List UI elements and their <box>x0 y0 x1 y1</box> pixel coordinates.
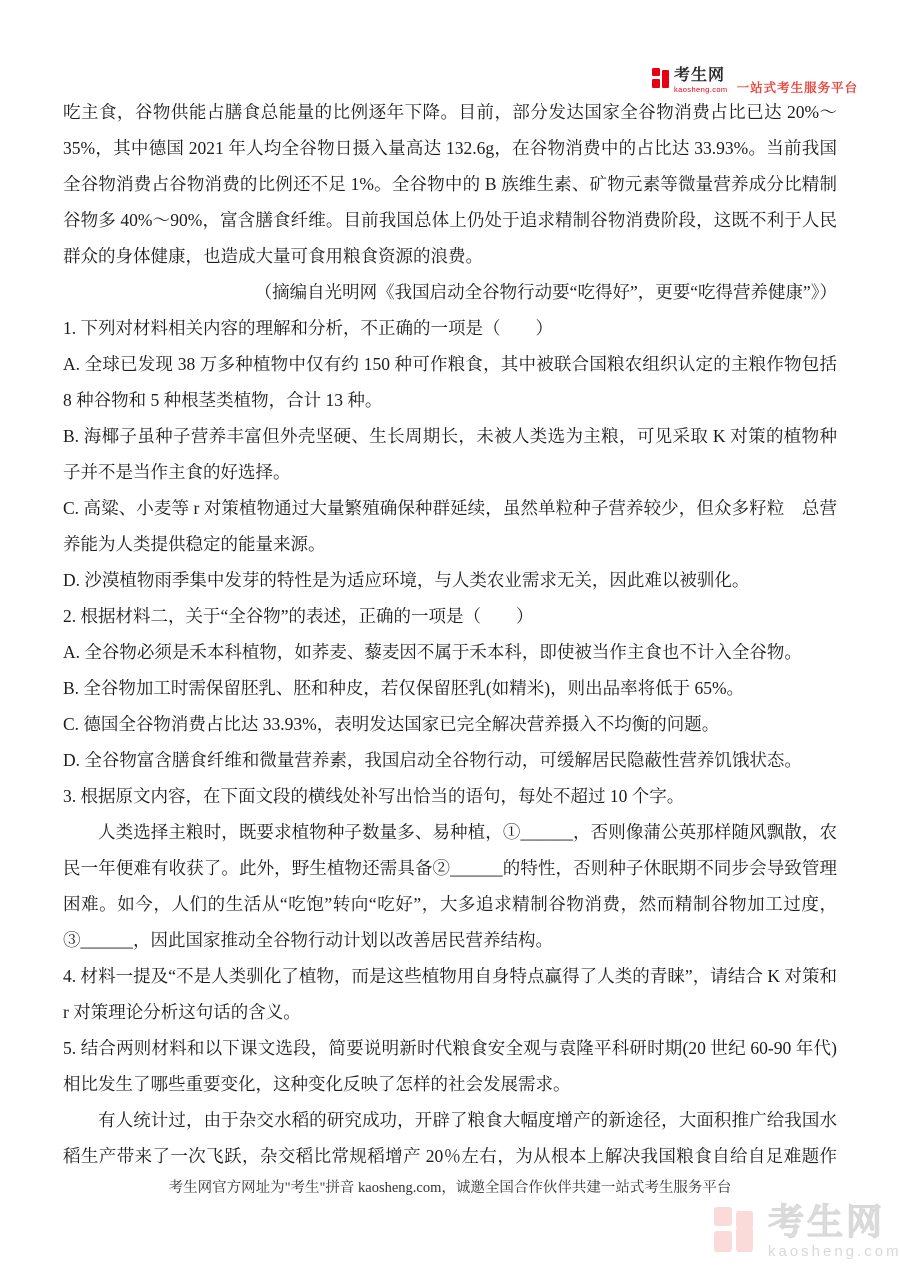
kaosheng-watermark-icon <box>714 1207 756 1256</box>
question-2-option-c: C. 德国全谷物消费占比达 33.93%，表明发达国家已完全解决营养摄入不均衡的… <box>63 706 837 742</box>
question-5-stem: 5. 结合两则材料和以下课文选段，简要说明新时代粮食安全观与袁隆平科研时期(20… <box>63 1030 837 1102</box>
watermark-text-block: 考生网 kaosheng.com <box>768 1204 900 1260</box>
question-1-option-a: A. 全球已发现 38 万多种植物中仅有约 150 种可作粮食，其中被联合国粮农… <box>63 346 837 418</box>
question-5-course-excerpt: 有人统计过，由于杂交水稻的研究成功，开辟了粮食大幅度增产的新途径，大面积推广给我… <box>63 1102 837 1176</box>
question-2-stem: 2. 根据材料二，关于“全谷物”的表述，正确的一项是（ ） <box>63 598 837 634</box>
watermark-brand-name: 考生网 <box>768 1204 900 1240</box>
kaosheng-logo-icon <box>652 68 670 90</box>
material-two-paragraph: 吃主食，谷物供能占膳食总能量的比例逐年下降。目前，部分发达国家全谷物消费占比已达… <box>63 94 837 274</box>
question-3-stem: 3. 根据原文内容，在下面文段的横线处补写出恰当的语句，每处不超过 10 个字。 <box>63 778 837 814</box>
question-4-stem: 4. 材料一提及“不是人类驯化了植物，而是这些植物用自身特点赢得了人类的青睐”，… <box>63 958 837 1030</box>
page-footer-text: 考生网官方网址为"考生"拼音 kaosheng.com，诚邀全国合作伙伴共建一站… <box>0 1176 900 1197</box>
brand-name: 考生网 <box>674 68 728 84</box>
question-3-cloze-passage: 人类选择主粮时，既要求植物种子数量多、易种植，①______，否则像蒲公英那样随… <box>63 814 837 958</box>
kaosheng-watermark: 考生网 kaosheng.com <box>714 1204 900 1260</box>
watermark-brand-domain: kaosheng.com <box>768 1243 900 1260</box>
question-1-option-c: C. 高粱、小麦等 r 对策植物通过大量繁殖确保种群延续，虽然单粒种子营养较少，… <box>63 490 837 562</box>
question-1-option-b: B. 海椰子虽种子营养丰富但外壳坚硬、生长周期长，未被人类选为主粮，可见采取 K… <box>63 418 837 490</box>
document-content: 吃主食，谷物供能占膳食总能量的比例逐年下降。目前，部分发达国家全谷物消费占比已达… <box>63 94 837 1176</box>
source-attribution: （摘编自光明网《我国启动全谷物行动要“吃得好”，更要“吃得营养健康”》） <box>63 274 837 310</box>
brand-text-block: 考生网 kaosheng.com <box>674 68 728 94</box>
question-1-stem: 1. 下列对材料相关内容的理解和分析，不正确的一项是（ ） <box>63 310 837 346</box>
brand-domain: kaosheng.com <box>674 86 728 94</box>
question-2-option-d: D. 全谷物富含膳食纤维和微量营养素，我国启动全谷物行动，可缓解居民隐蔽性营养饥… <box>63 742 837 778</box>
exam-document-page: 考生网 kaosheng.com 一站式考生服务平台 吃主食，谷物供能占膳食总能… <box>0 0 900 1273</box>
kaosheng-brand-logo: 考生网 kaosheng.com 一站式考生服务平台 <box>652 68 858 96</box>
question-1-option-d: D. 沙漠植物雨季集中发芽的特性是为适应环境，与人类农业需求无关，因此难以被驯化… <box>63 562 837 598</box>
question-2-option-a: A. 全谷物必须是禾本科植物，如荞麦、藜麦因不属于禾本科，即使被当作主食也不计入… <box>63 634 837 670</box>
question-2-option-b: B. 全谷物加工时需保留胚乳、胚和种皮，若仅保留胚乳(如精米)，则出品率将低于 … <box>63 670 837 706</box>
